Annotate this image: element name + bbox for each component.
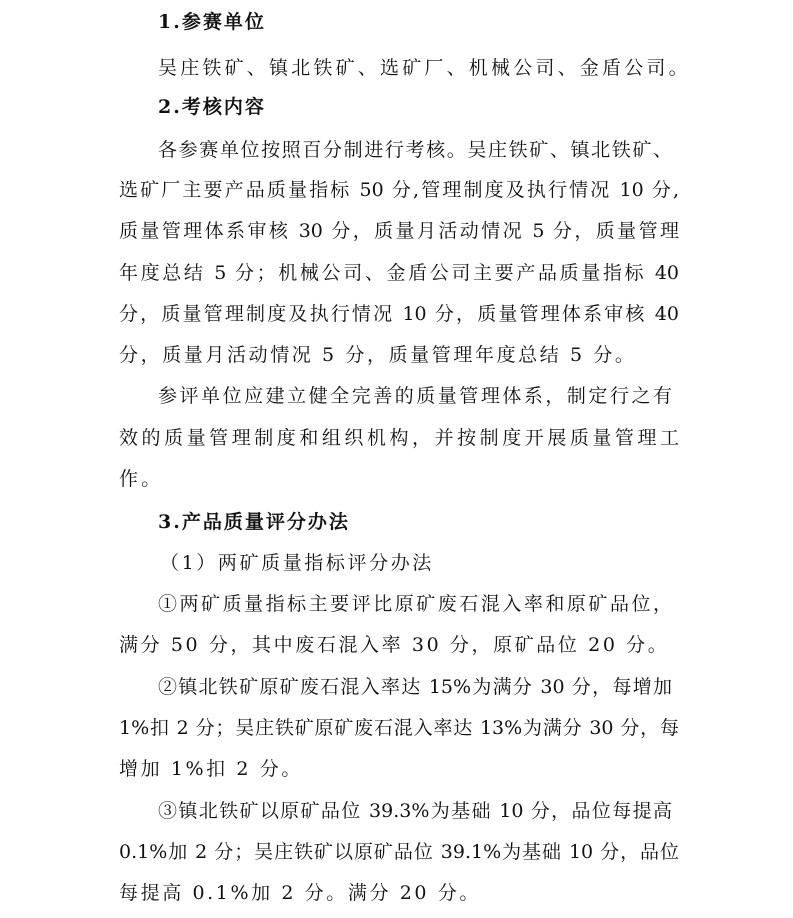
paragraph-line: 作。 xyxy=(119,467,163,491)
paragraph-line: 参评单位应建立健全完善的质量管理体系，制定行之有 xyxy=(158,384,672,408)
paragraph-line: 满分 50 分，其中废石混入率 30 分，原矿品位 20 分。 xyxy=(119,633,669,657)
section-heading-scoring: 3.产品质量评分办法 xyxy=(158,510,350,534)
paragraph-line: 分，质量月活动情况 5 分，质量管理年度总结 5 分。 xyxy=(119,343,637,367)
paragraph-line: 效的质量管理制度和组织机构，并按制度开展质量管理工 xyxy=(119,426,679,450)
paragraph-line: 0.1%加 2 分；吴庄铁矿以原矿品位 39.1%为基础 10 分，品位 xyxy=(119,840,679,864)
paragraph-line: 选矿厂主要产品质量指标 50 分,管理制度及执行情况 10 分, xyxy=(119,178,679,202)
paragraph-line: ①两矿质量指标主要评比原矿废石混入率和原矿品位， xyxy=(158,592,672,616)
section-heading-assessment: 2.考核内容 xyxy=(158,95,266,119)
participants-list: 吴庄铁矿、镇北铁矿、选矿厂、机械公司、金盾公司。 xyxy=(158,56,691,80)
paragraph-line: 年度总结 5 分；机械公司、金盾公司主要产品质量指标 40 xyxy=(119,261,679,285)
section-heading-participants: 1.参赛单位 xyxy=(158,10,266,34)
paragraph-line: 质量管理体系审核 30 分，质量月活动情况 5 分，质量管理 xyxy=(119,219,679,243)
paragraph-line: 每提高 0.1%加 2 分。满分 20 分。 xyxy=(119,881,481,905)
paragraph-line: 1%扣 2 分；吴庄铁矿原矿废石混入率达 13%为满分 30 分，每 xyxy=(119,716,679,740)
subsection-heading: （1）两矿质量指标评分办法 xyxy=(160,551,434,575)
paragraph-line: 各参赛单位按照百分制进行考核。吴庄铁矿、镇北铁矿、 xyxy=(158,138,672,162)
paragraph-line: 增加 1%扣 2 分。 xyxy=(119,757,303,781)
paragraph-line: ③镇北铁矿以原矿品位 39.3%为基础 10 分，品位每提高 xyxy=(158,799,672,823)
paragraph-line: ②镇北铁矿原矿废石混入率达 15%为满分 30 分，每增加 xyxy=(158,675,672,699)
document-page: 1.参赛单位 吴庄铁矿、镇北铁矿、选矿厂、机械公司、金盾公司。 2.考核内容 各… xyxy=(0,0,793,918)
paragraph-line: 分，质量管理制度及执行情况 10 分，质量管理体系审核 40 xyxy=(119,302,679,326)
